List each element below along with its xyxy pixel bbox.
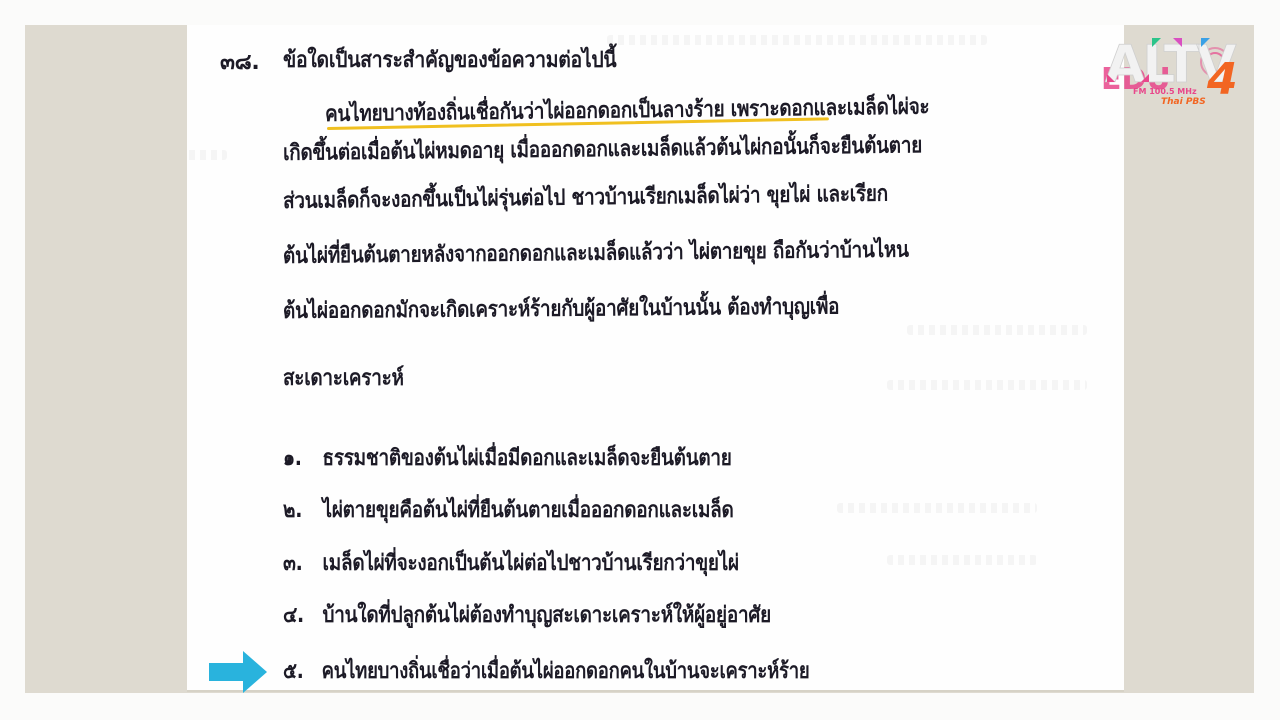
passage-line: ต้นไผ่ออกดอกมักจะเกิดเคราะห์ร้ายกับผู้อา… [283,288,839,328]
choice-text: ธรรมชาติของต้นไผ่เมื่อมีดอกและเมล็ดจะยืน… [323,446,732,471]
altv-logo: EDU ALTV 4 FM 100.5 MHz Thai PBS [1097,32,1255,108]
choice-number: ๒. [283,492,323,527]
passage-line: สะเดาะเคราะห์ [283,360,404,395]
show-through-text [887,555,1037,565]
svg-text:4: 4 [1206,54,1238,105]
question-number: ๓๘. [220,44,259,79]
slide-frame: ๓๘. ข้อใดเป็นสาระสำคัญของข้อความต่อไปนี้… [0,0,1280,720]
choice-text: ไผ่ตายขุยคือต้นไผ่ที่ยืนต้นตายเมื่อออกดอ… [323,498,734,523]
choice-text: คนไทยบางถิ่นเชื่อว่าเมื่อต้นไผ่ออกดอกคนใ… [322,659,810,684]
choice-2: ๒.ไผ่ตายขุยคือต้นไผ่ที่ยืนต้นตายเมื่อออก… [283,492,734,527]
choice-text: บ้านใดที่ปลูกต้นไผ่ต้องทำบุญสะเดาะเคราะห… [323,603,771,628]
show-through-text [607,35,987,45]
svg-text:Thai PBS: Thai PBS [1161,97,1206,107]
choice-number: ๔. [283,597,323,632]
choice-number: ๕. [283,653,322,688]
question-text: ข้อใดเป็นสาระสำคัญของข้อความต่อไปนี้ [283,42,616,77]
show-through-text [887,380,1087,390]
choice-3: ๓.เมล็ดไผ่ที่จะงอกเป็นต้นไผ่ต่อไปชาวบ้าน… [283,545,739,580]
show-through-text [837,503,1037,513]
show-through-text [187,150,227,160]
choice-1: ๑.ธรรมชาติของต้นไผ่เมื่อมีดอกและเมล็ดจะย… [283,440,732,475]
choice-number: ๓. [283,545,323,580]
choice-text: เมล็ดไผ่ที่จะงอกเป็นต้นไผ่ต่อไปชาวบ้านเร… [323,551,739,576]
choice-4: ๔.บ้านใดที่ปลูกต้นไผ่ต้องทำบุญสะเดาะเครา… [283,597,771,632]
passage-line: ต้นไผ่ที่ยืนต้นตายหลังจากออกดอกและเมล็ดแ… [283,232,909,273]
show-through-text [907,325,1087,335]
passage-line: ส่วนเมล็ดก็จะงอกขึ้นเป็นไผ่รุ่นต่อไป ชาว… [283,176,888,218]
arrow-right-icon [209,651,267,693]
svg-text:FM 100.5 MHz: FM 100.5 MHz [1133,87,1197,96]
choice-number: ๑. [283,440,323,475]
choice-5: ๕.คนไทยบางถิ่นเชื่อว่าเมื่อต้นไผ่ออกดอกค… [283,653,809,688]
